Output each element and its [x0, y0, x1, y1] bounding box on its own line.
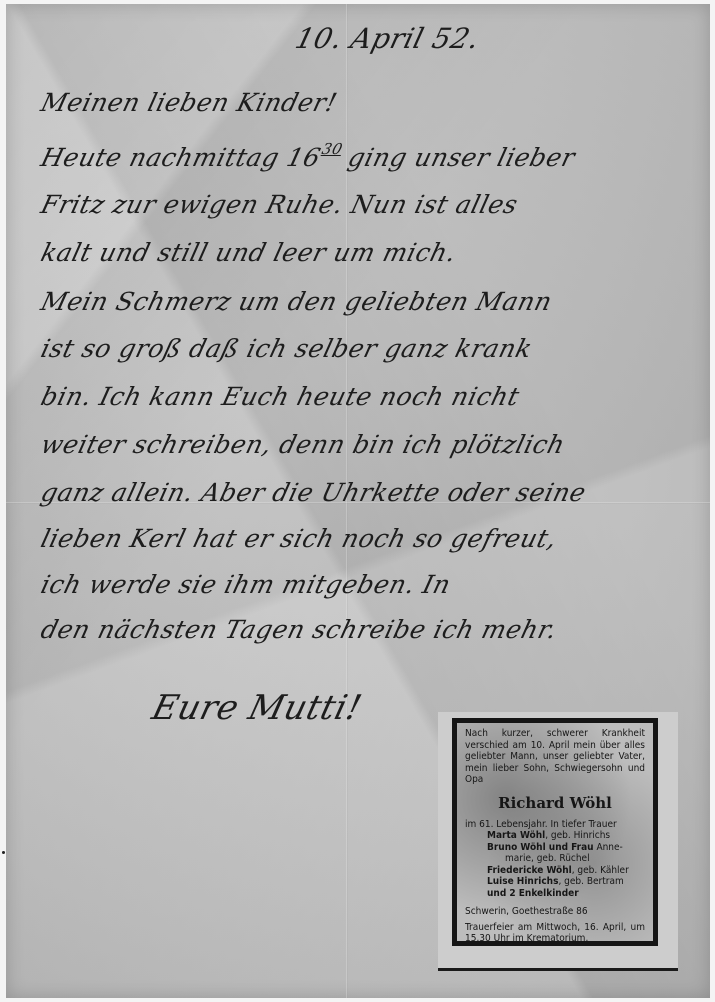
survivor-entry: und 2 Enkelkinder [487, 888, 645, 900]
survivor-detail: , geb. Kähler [572, 865, 629, 876]
letter-line-1-pre: Heute nachmittag 16 [38, 143, 324, 172]
survivor-entry: Bruno Wöhl und Frau Anne- [487, 842, 645, 854]
obituary-service-info: Trauerfeier am Mittwoch, 16. April, um 1… [465, 922, 645, 945]
survivors-list: Marta Wöhl, geb. Hinrichs Bruno Wöhl und… [465, 830, 645, 899]
survivor-name: Bruno Wöhl und Frau [487, 842, 594, 853]
obituary-notice: Nach kurzer, schwerer Krankheit verschie… [452, 718, 658, 946]
letter-line-6: bin. Ich kann Euch heute noch nicht [38, 382, 522, 411]
survivor-entry: Friedericke Wöhl, geb. Kähler [487, 865, 645, 877]
newspaper-clipping: Nach kurzer, schwerer Krankheit verschie… [438, 712, 678, 971]
letter-line-11: den nächsten Tagen schreibe ich mehr. [38, 615, 560, 644]
letter-line-2: Fritz zur ewigen Ruhe. Nun ist alles [38, 190, 521, 219]
letter-line-10: ich werde sie ihm mitgeben. In [38, 570, 454, 599]
obituary-address: Schwerin, Goethestraße 86 [465, 906, 645, 918]
survivor-name: Marta Wöhl [487, 830, 545, 841]
survivor-name: Friedericke Wöhl [487, 865, 572, 876]
survivor-name: und 2 Enkelkinder [487, 888, 579, 899]
letter-date: 10. April 52. [292, 22, 483, 55]
survivor-entry: Luise Hinrichs, geb. Bertram [487, 876, 645, 888]
survivor-detail: , geb. Hinrichs [545, 830, 610, 841]
deceased-name: Richard Wöhl [465, 794, 645, 812]
letter-line-3: kalt und still und leer um mich. [38, 238, 459, 267]
obituary-intro: Nach kurzer, schwerer Krankheit verschie… [465, 728, 645, 786]
obituary-age-line: im 61. Lebensjahr. In tiefer Trauer [465, 819, 645, 831]
letter-line-8: ganz allein. Aber die Uhrkette oder sein… [38, 478, 589, 507]
letter-salutation: Meinen lieben Kinder! [38, 88, 340, 117]
ink-speck [2, 851, 5, 854]
letter-line-1-post: ging unser lieber [337, 143, 578, 172]
letter-line-9: lieben Kerl hat er sich noch so gefreut, [38, 524, 560, 553]
survivor-detail: Anne- [594, 842, 623, 853]
survivor-detail: marie, geb. Rüchel [505, 853, 590, 864]
letter-line-4: Mein Schmerz um den geliebten Mann [38, 287, 555, 316]
letter-line-7: weiter schreiben, denn bin ich plötzlich [38, 430, 568, 459]
survivor-entry: Marta Wöhl, geb. Hinrichs [487, 830, 645, 842]
letter-signature: Eure Mutti! [148, 688, 366, 728]
letter-line-1: Heute nachmittag 1630 ging unser lieber [38, 140, 579, 172]
survivor-detail: , geb. Bertram [558, 876, 623, 887]
letter-line-5: ist so groß daß ich selber ganz krank [38, 334, 535, 363]
survivor-entry: marie, geb. Rüchel [487, 853, 645, 865]
survivor-name: Luise Hinrichs [487, 876, 558, 887]
